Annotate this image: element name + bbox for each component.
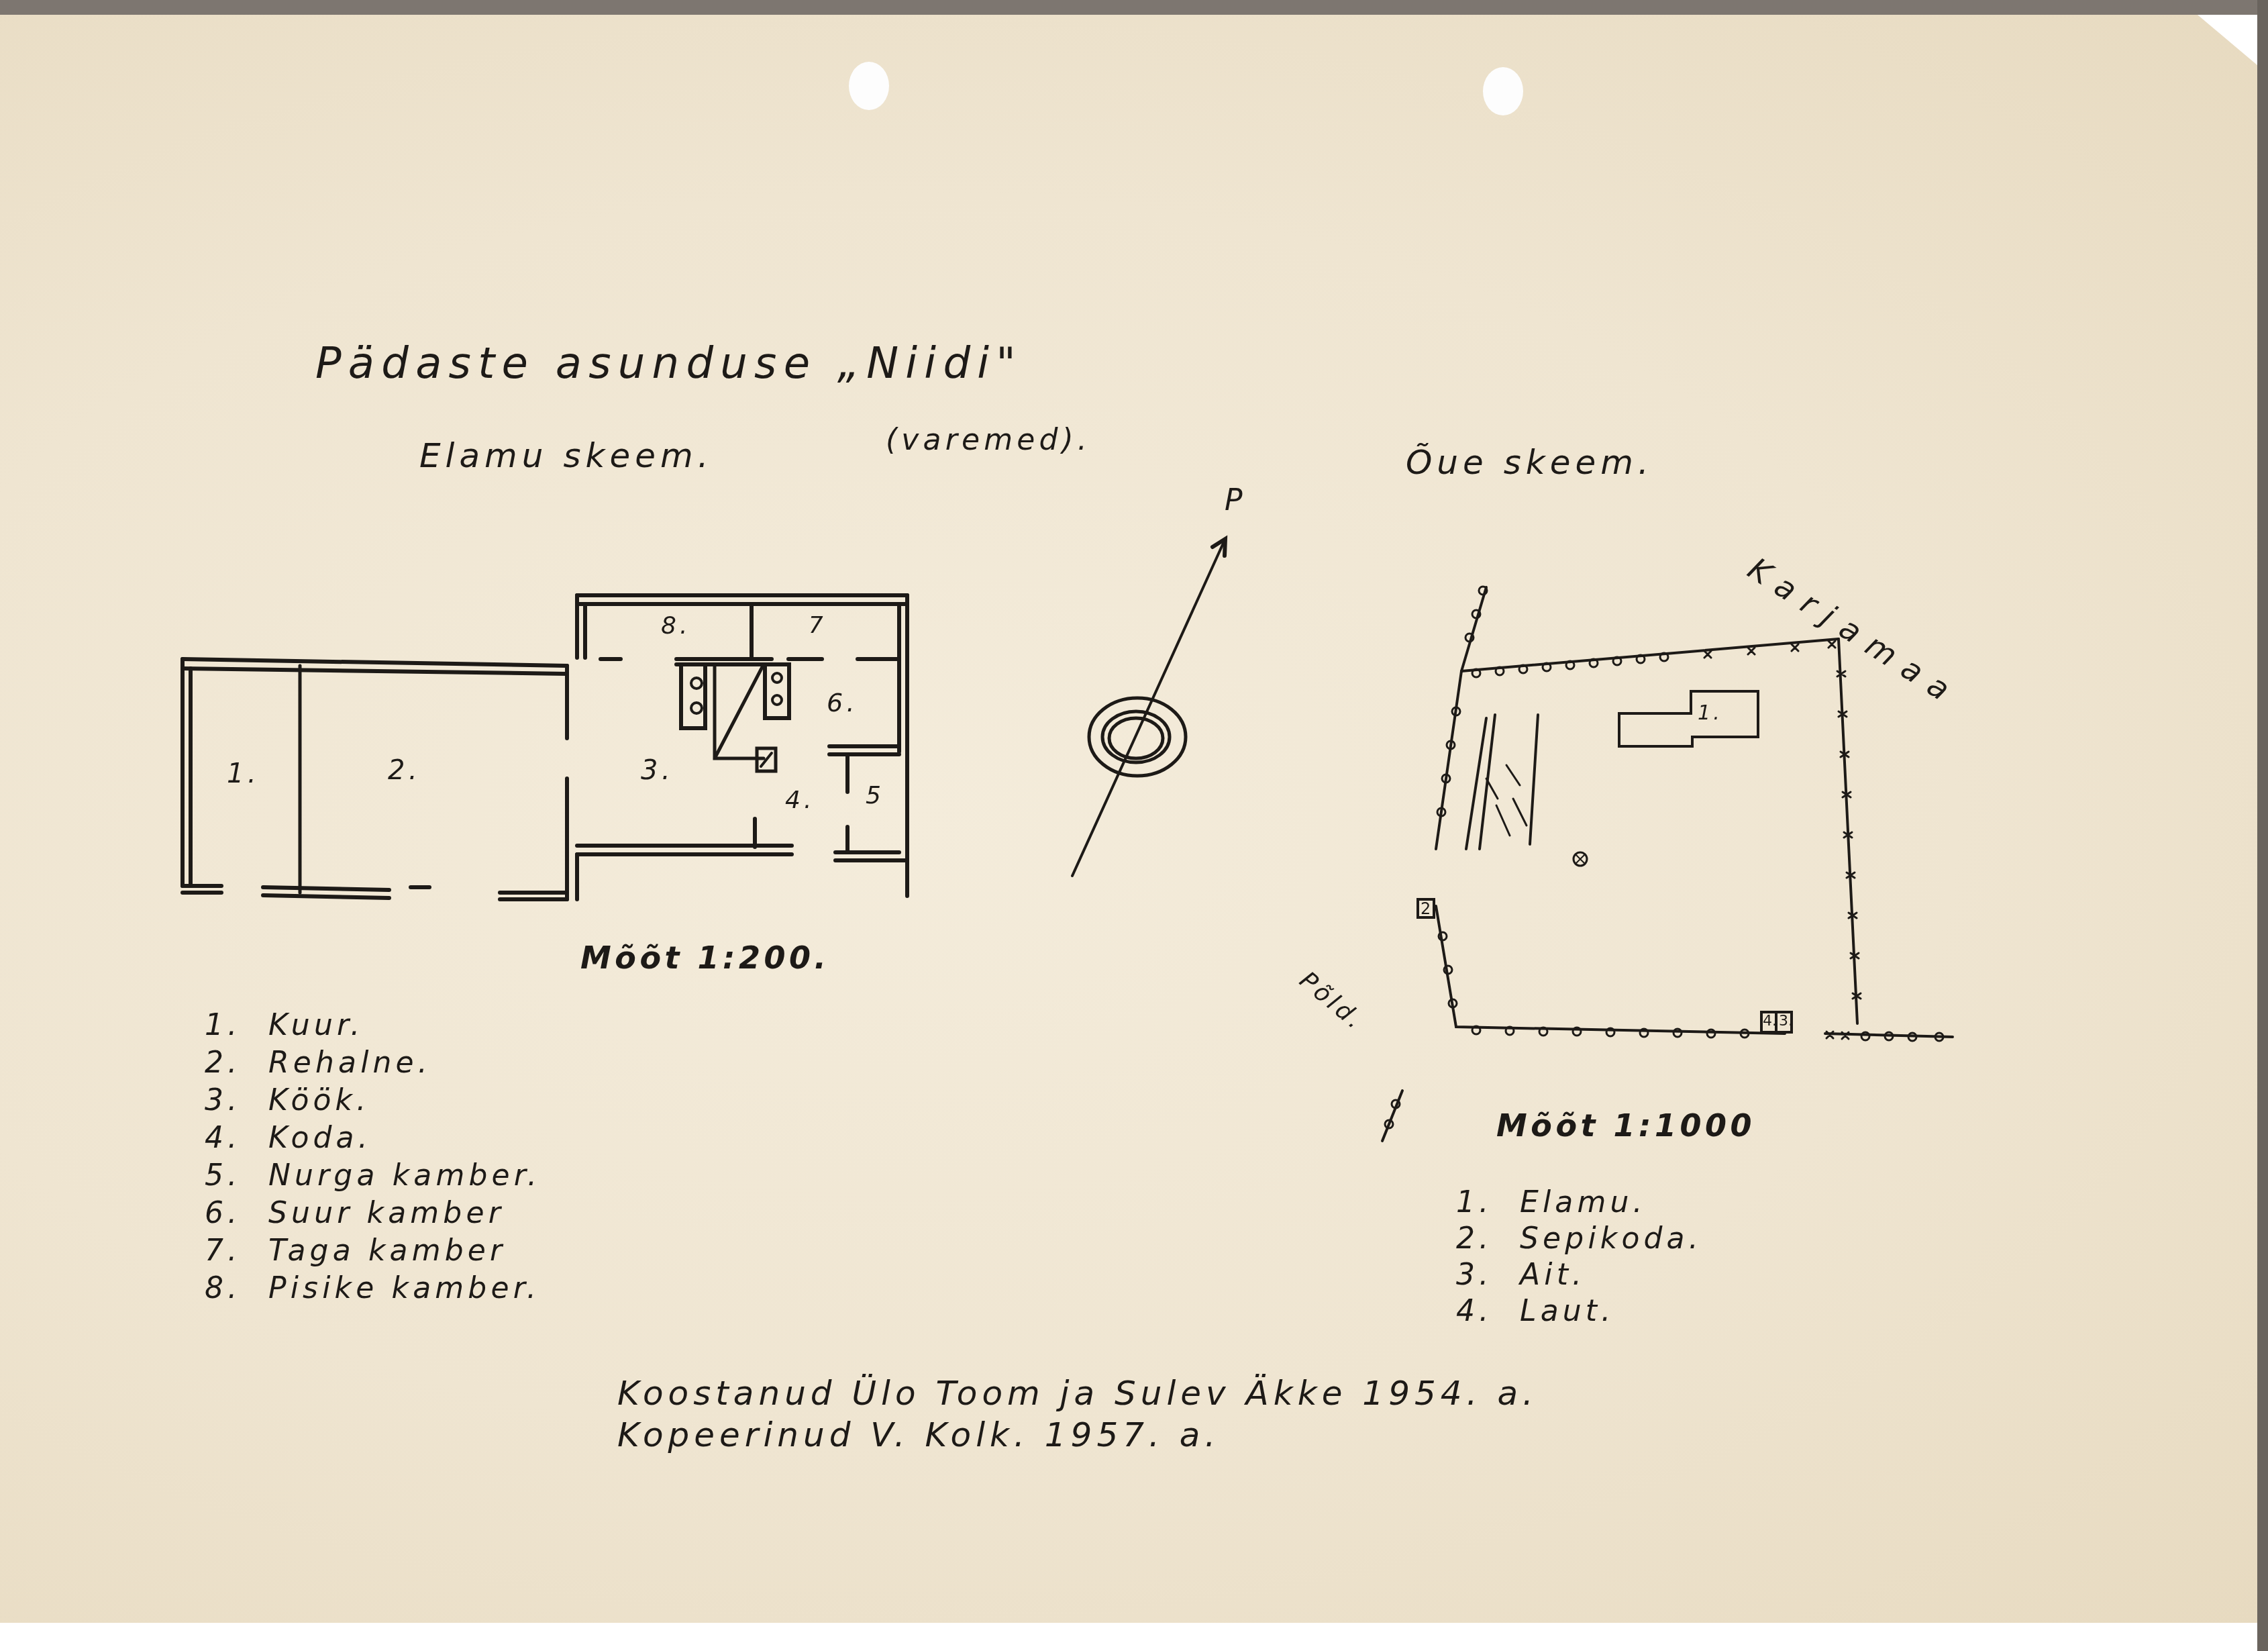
yard-plan-scale: Mõõt 1:1000 [1496, 1107, 1755, 1144]
room-label-3: 3. [641, 755, 674, 786]
legend-item: 7.Taga kamber [205, 1232, 541, 1270]
building-label-4: 4. [1763, 1013, 1777, 1030]
house-floor-plan [183, 595, 907, 899]
house-plan-legend: 1.Kuur. 2.Rehalne. 3.Köök. 4.Koda. 5.Nur… [205, 1007, 541, 1307]
room-label-4: 4. [785, 787, 815, 814]
north-arrow-icon [1072, 539, 1225, 876]
north-label: P [1225, 483, 1247, 517]
house-plan-scale: Mõõt 1:200. [580, 940, 830, 976]
yard-plan-legend: 1.Elamu. 2.Sepikoda. 3.Ait. 4.Laut. [1456, 1185, 1702, 1330]
room-label-8: 8. [661, 612, 690, 640]
building-label-2: 2 [1421, 899, 1433, 918]
legend-item: 6.Suur kamber [205, 1195, 541, 1232]
room-label-6: 6. [827, 688, 858, 717]
room-label-2: 2. [388, 755, 421, 786]
fence-markers [1385, 587, 1943, 1128]
legend-item: 3.Ait. [1456, 1257, 1702, 1293]
copied-by-line: Kopeerinud V. Kolk. 1957. a. [617, 1414, 1538, 1456]
yard-plan-drawing [1382, 587, 1953, 1141]
room-label-1: 1. [227, 758, 260, 789]
compiled-by-line: Koostanud Ülo Toom ja Sulev Äkke 1954. a… [617, 1372, 1538, 1414]
legend-item: 5.Nurga kamber. [205, 1157, 541, 1195]
legend-item: 3.Köök. [205, 1082, 541, 1119]
legend-item: 2.Sepikoda. [1456, 1221, 1702, 1257]
legend-item: 8.Pisike kamber. [205, 1270, 541, 1307]
building-label-1: 1. [1698, 701, 1722, 725]
legend-item: 1.Kuur. [205, 1007, 541, 1044]
building-label-3: 3. [1779, 1013, 1793, 1030]
legend-item: 4.Laut. [1456, 1293, 1702, 1330]
legend-item: 2.Rehalne. [205, 1044, 541, 1082]
room-label-5: 5 [866, 782, 884, 809]
author-credit: Koostanud Ülo Toom ja Sulev Äkke 1954. a… [617, 1372, 1538, 1456]
room-label-7: 7 [809, 612, 826, 639]
legend-item: 1.Elamu. [1456, 1185, 1702, 1221]
legend-item: 4.Koda. [205, 1119, 541, 1157]
